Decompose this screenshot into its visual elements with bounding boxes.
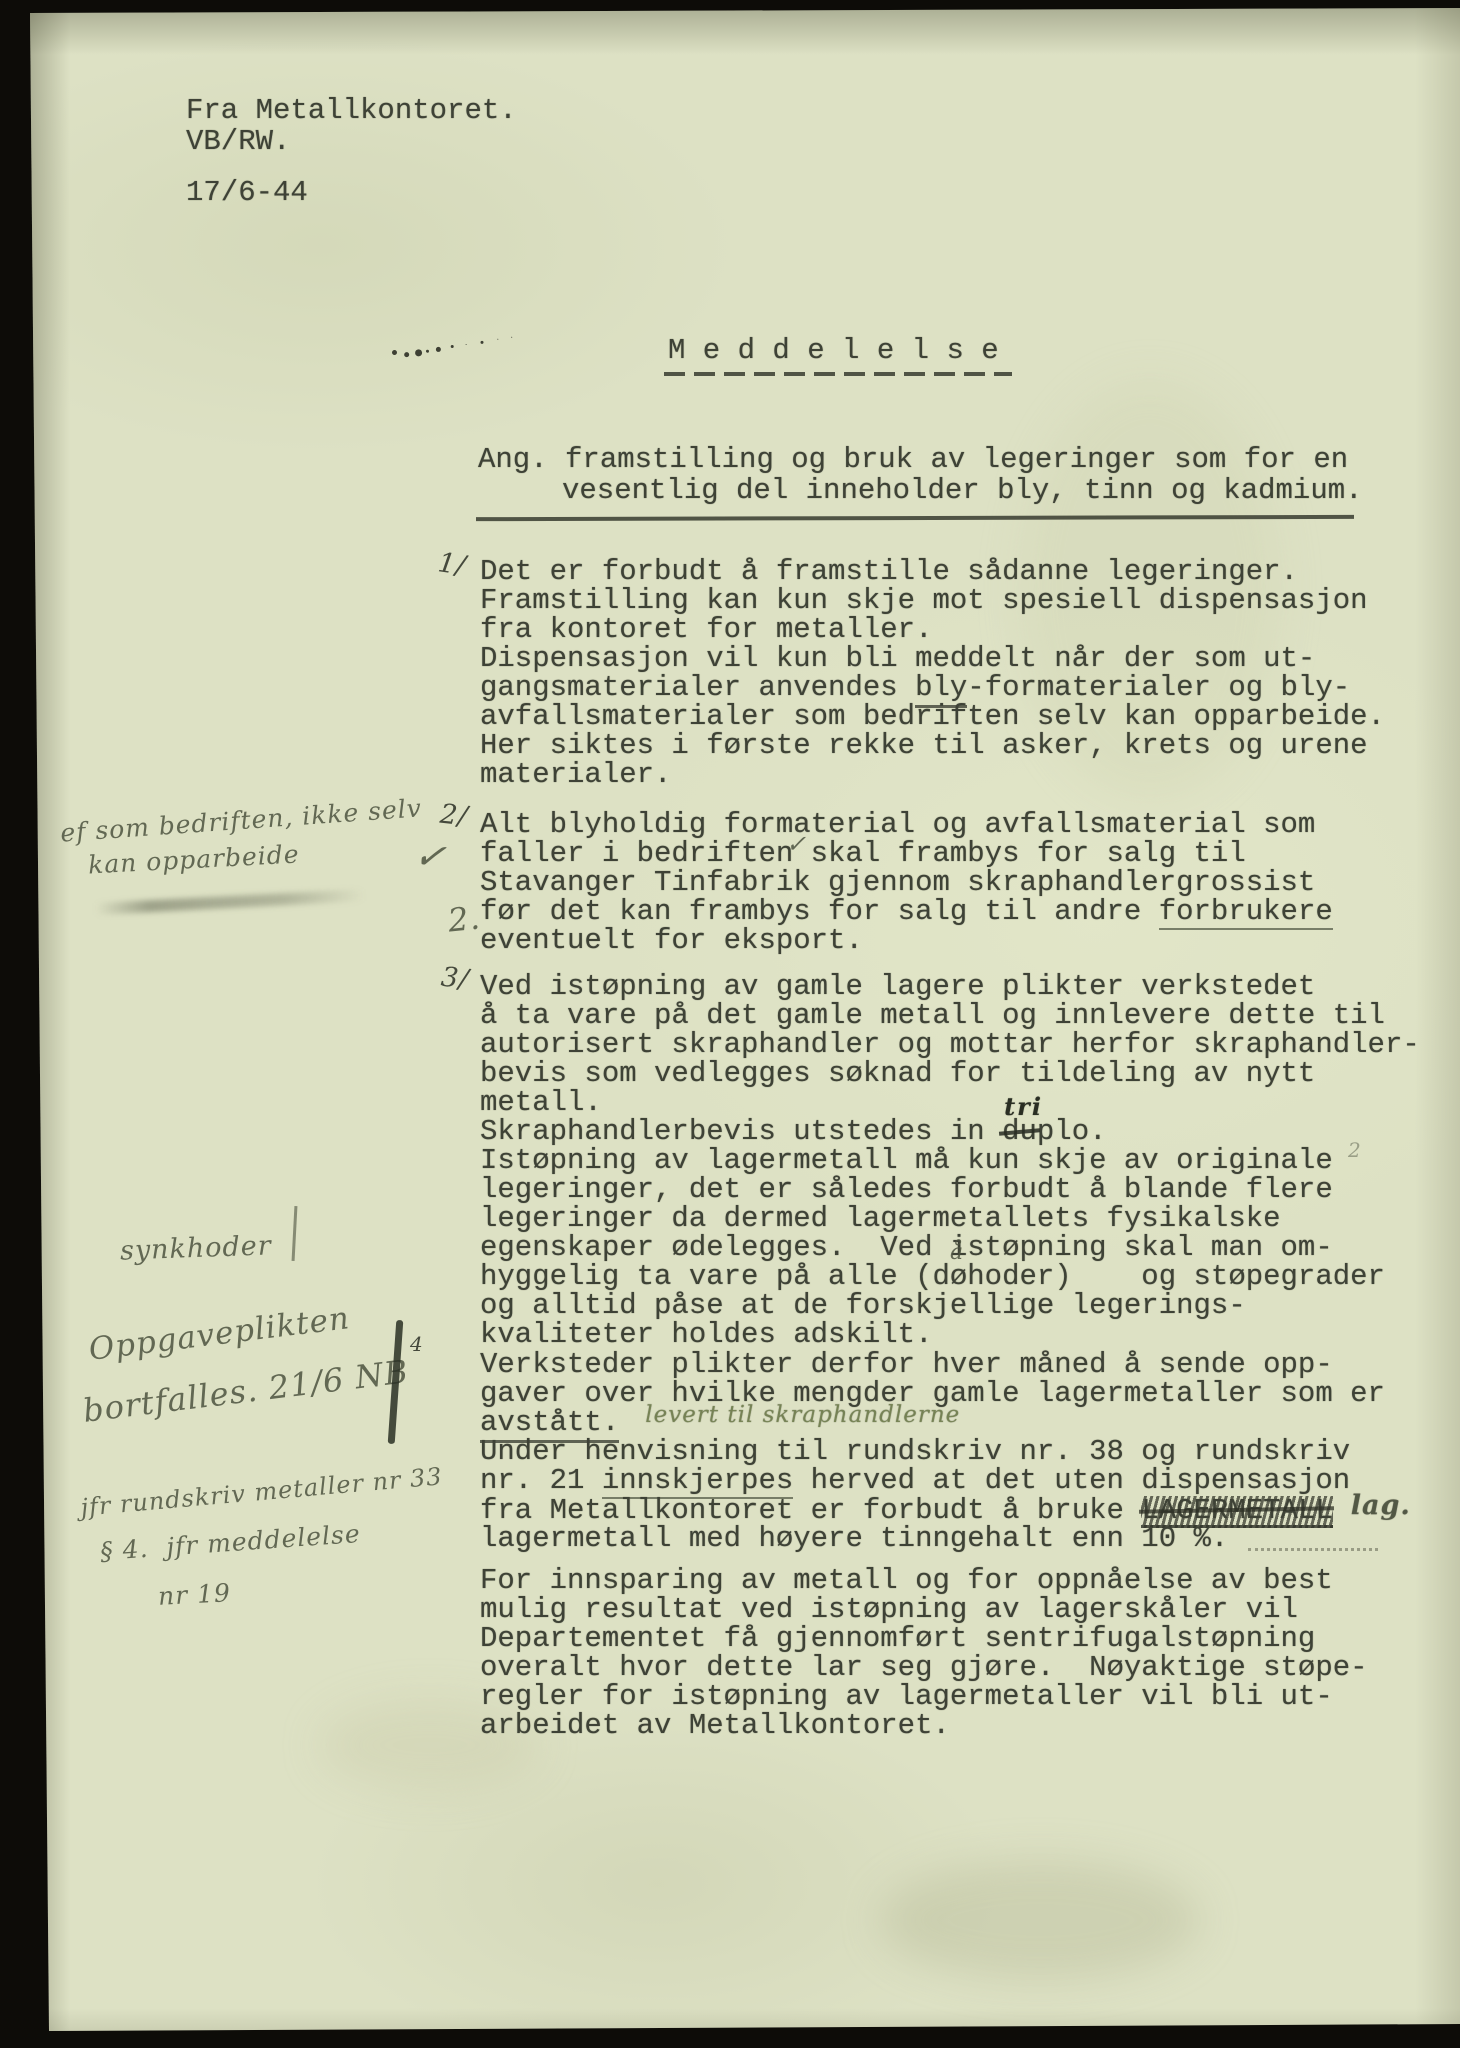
- forbrukere-underlined-word: forbrukere: [1159, 895, 1333, 930]
- paragraph-1-text-b: avfallsmaterialer som bedriften selv kan…: [480, 702, 1385, 789]
- lag-handwritten-annotation: lag.: [1351, 1490, 1411, 1521]
- paragraph-2-marker: 2/: [438, 799, 469, 833]
- header-date-line: 17/6-44: [186, 178, 308, 207]
- insert-caret-mark: ✓: [786, 830, 807, 858]
- paragraph-2-last-line: eventuelt for eksport.: [480, 926, 863, 955]
- originale-margin-digit: 2: [1348, 1138, 1362, 1162]
- title-dashed-underline: [664, 372, 1012, 376]
- header-from-line: Fra Metallkontoret.: [186, 96, 517, 125]
- paragraph-1-marker: 1/: [436, 547, 468, 582]
- handwritten-tri-correction: tri: [1004, 1092, 1043, 1121]
- paragraph-4-innskjerpes-line: nr. 21 innskjerpes herved at det uten di…: [480, 1466, 1350, 1495]
- scanned-page: Fra Metallkontoret. VB/RW. 17/6-44 M e d…: [0, 0, 1460, 2048]
- margin-note-synkhoder: synkhoder: [120, 1230, 273, 1266]
- dohoder-correction-mark: å: [950, 1240, 964, 1265]
- paragraph-3-text-a: Ved istøpning av gamle lagere plikter ve…: [480, 972, 1420, 1117]
- paragraph-2-text-a: Alt blyholdig formaterial og avfallsmate…: [480, 810, 1315, 897]
- margin-checkmark: ✓: [411, 832, 450, 880]
- paragraph-4-last-line: lagermetall med høyere tinngehalt enn 10…: [480, 1524, 1228, 1553]
- duplo-struck-letters: du: [1002, 1117, 1037, 1146]
- paragraph-3-duplo-line: Skraphandlerbevis utstedes in dutriplo.: [480, 1117, 1107, 1146]
- paragraph-3-text-b: Istøpning av lagermetall må kun skje av …: [480, 1146, 1385, 1349]
- dotted-trail: [1248, 1548, 1378, 1551]
- margin-note-jfr-line-3: nr 19: [157, 1578, 231, 1611]
- paragraph-4-marker: 4: [410, 1332, 424, 1356]
- avstatt-green-annotation: levert til skraphandlerne: [645, 1402, 960, 1428]
- paragraph-3-marker: 3/: [439, 962, 470, 996]
- subject-line-2: vesentlig del inneholder bly, tinn og ka…: [562, 476, 1363, 505]
- paragraph-1-bly-line: gangsmaterialer anvendes bly-formaterial…: [480, 673, 1350, 702]
- paper-stain: [880, 1860, 1200, 1980]
- paragraph-1-text-a: Det er forbudt å framstille sådanne lege…: [480, 557, 1368, 673]
- subject-line-1: Ang. framstilling og bruk av legeringer …: [478, 445, 1348, 474]
- paragraph-5-text: For innsparing av metall og for oppnåels…: [480, 1566, 1368, 1740]
- innskjerpes-line-pre: nr. 21: [480, 1464, 602, 1497]
- header-ref-line: VB/RW.: [186, 127, 290, 156]
- paragraph-4-text-a: Verksteder plikter derfor hver måned å s…: [480, 1350, 1385, 1408]
- document-title: M e d d e l e l s e: [668, 336, 999, 365]
- paragraph-4-avstatt-line: avstått.levert til skraphandlerne: [480, 1408, 960, 1438]
- margin-number-2: 2.: [446, 898, 482, 939]
- innskjerpes-line-post: herved at det uten dispensasjon: [793, 1464, 1350, 1497]
- paragraph-4-under-line: Under henvisning til rundskriv nr. 38 og…: [480, 1437, 1350, 1466]
- paragraph-2-forbrukere-line: før det kan frambys for salg til andre f…: [480, 897, 1333, 926]
- duplo-correction-group: dutri: [1002, 1117, 1037, 1146]
